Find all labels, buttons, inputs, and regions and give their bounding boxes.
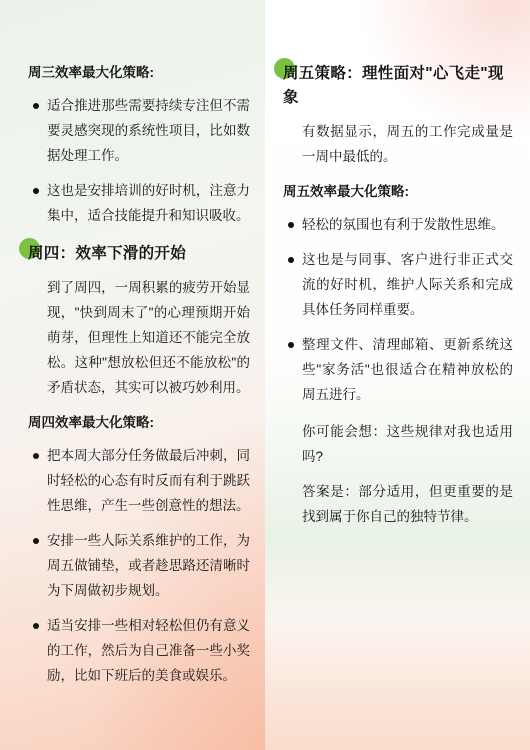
list-item: 安排一些人际关系维护的工作，为周五做铺垫，或者趁思路还清晰时为下周做初步规划。: [28, 528, 250, 603]
bullet-dot-icon: [33, 623, 39, 629]
list-item-text: 适当安排一些相对轻松但仍有意义的工作，然后为自己准备一些小奖励，比如下班后的美食…: [47, 613, 250, 688]
list-item-text: 轻松的氛围也有利于发散性思维。: [302, 212, 505, 237]
list-item-text: 适合推进那些需要持续专注但不需要灵感突现的系统性项目，比如数据处理工作。: [47, 93, 250, 168]
body-paragraph: 有数据显示，周五的工作完成量是一周中最低的。: [283, 119, 513, 169]
section-heading: 周五策略：理性面对"心飞走"现象: [283, 62, 513, 110]
section-title: 周四：效率下滑的开始: [28, 242, 250, 266]
bullet-dot-icon: [33, 188, 39, 194]
list-item-text: 这也是与同事、客户进行非正式交流的好时机，维护人际关系和完成具体任务同样重要。: [302, 247, 513, 322]
list-item: 把本周大部分任务做最后冲刺，同时轻松的心态有时反而有利于跳跃性思维，产生一些创意…: [28, 443, 250, 518]
list-item: 这也是安排培训的好时机，注意力集中，适合技能提升和知识吸收。: [28, 178, 250, 228]
body-paragraph: 到了周四，一周积累的疲劳开始显现，"快到周末了"的心理预期开始萌芽，但理性上知道…: [28, 275, 250, 400]
bullet-dot-icon: [288, 342, 294, 348]
bullet-dot-icon: [33, 538, 39, 544]
bullet-list: 适合推进那些需要持续专注但不需要灵感突现的系统性项目，比如数据处理工作。这也是安…: [28, 93, 250, 228]
bullet-list: 轻松的氛围也有利于发散性思维。这也是与同事、客户进行非正式交流的好时机，维护人际…: [283, 212, 513, 407]
list-item: 整理文件、清理邮箱、更新系统这些"家务活"也很适合在精神放松的周五进行。: [283, 332, 513, 407]
list-item-text: 把本周大部分任务做最后冲刺，同时轻松的心态有时反而有利于跳跃性思维，产生一些创意…: [47, 443, 250, 518]
list-item: 这也是与同事、客户进行非正式交流的好时机，维护人际关系和完成具体任务同样重要。: [283, 247, 513, 322]
list-item: 适合推进那些需要持续专注但不需要灵感突现的系统性项目，比如数据处理工作。: [28, 93, 250, 168]
bullet-dot-icon: [288, 222, 294, 228]
list-item: 轻松的氛围也有利于发散性思维。: [283, 212, 513, 237]
bullet-dot-icon: [33, 453, 39, 459]
section-title: 周五策略：理性面对"心飞走"现象: [283, 62, 513, 110]
bullet-list: 把本周大部分任务做最后冲刺，同时轻松的心态有时反而有利于跳跃性思维，产生一些创意…: [28, 443, 250, 688]
document-page-right: 周五策略：理性面对"心飞走"现象有数据显示，周五的工作完成量是一周中最低的。周五…: [265, 0, 530, 750]
strategy-subheading: 周五效率最大化策略:: [283, 179, 513, 204]
bullet-dot-icon: [288, 257, 294, 263]
document-page-left: 周三效率最大化策略:适合推进那些需要持续专注但不需要灵感突现的系统性项目，比如数…: [0, 0, 265, 750]
list-item-text: 安排一些人际关系维护的工作，为周五做铺垫，或者趁思路还清晰时为下周做初步规划。: [47, 528, 250, 603]
list-item: 适当安排一些相对轻松但仍有意义的工作，然后为自己准备一些小奖励，比如下班后的美食…: [28, 613, 250, 688]
section-heading: 周四：效率下滑的开始: [28, 242, 250, 266]
list-item-text: 这也是安排培训的好时机，注意力集中，适合技能提升和知识吸收。: [47, 178, 250, 228]
list-item-text: 整理文件、清理邮箱、更新系统这些"家务活"也很适合在精神放松的周五进行。: [302, 332, 513, 407]
bullet-dot-icon: [33, 103, 39, 109]
strategy-subheading: 周四效率最大化策略:: [28, 410, 250, 435]
body-paragraph: 答案是：部分适用，但更重要的是找到属于你自己的独特节律。: [283, 479, 513, 529]
strategy-subheading: 周三效率最大化策略:: [28, 60, 250, 85]
body-paragraph: 你可能会想：这些规律对我也适用吗?: [283, 419, 513, 469]
